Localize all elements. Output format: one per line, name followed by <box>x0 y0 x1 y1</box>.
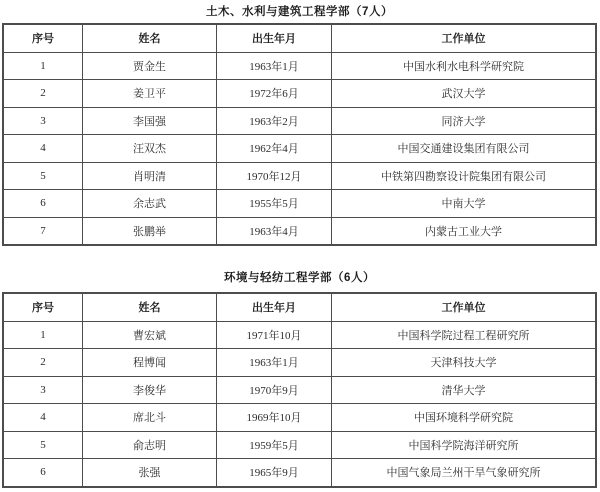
table-row: 5肖明清1970年12月中铁第四勘察设计院集团有限公司 <box>3 162 596 190</box>
work-unit-cell: 中国科学院海洋研究所 <box>332 431 597 459</box>
table-row: 1曹宏斌1971年10月中国科学院过程工程研究所 <box>3 321 596 349</box>
row-number-cell: 5 <box>3 431 83 459</box>
work-unit-cell: 中国水利水电科学研究院 <box>332 52 597 80</box>
table-section: 土木、水利与建筑工程学部（7人） 序号姓名出生年月工作单位 1贾金生1963年1… <box>2 0 597 246</box>
members-table: 序号姓名出生年月工作单位 1曹宏斌1971年10月中国科学院过程工程研究所2程博… <box>2 292 597 488</box>
row-number-cell: 2 <box>3 349 83 377</box>
column-header-1: 姓名 <box>83 24 217 52</box>
work-unit-cell: 中国环境科学研究院 <box>332 404 597 432</box>
birth-date-cell: 1965年9月 <box>217 459 332 487</box>
column-header-2: 出生年月 <box>217 24 332 52</box>
name-cell: 李国强 <box>83 107 217 135</box>
birth-date-cell: 1969年10月 <box>217 404 332 432</box>
table-row: 3李国强1963年2月同济大学 <box>3 107 596 135</box>
birth-date-cell: 1962年4月 <box>217 135 332 163</box>
birth-date-cell: 1963年1月 <box>217 52 332 80</box>
birth-date-cell: 1963年1月 <box>217 349 332 377</box>
table-row: 4汪双杰1962年4月中国交通建设集团有限公司 <box>3 135 596 163</box>
work-unit-cell: 清华大学 <box>332 376 597 404</box>
table-row: 5俞志明1959年5月中国科学院海洋研究所 <box>3 431 596 459</box>
table-section: 环境与轻纺工程学部（6人） 序号姓名出生年月工作单位 1曹宏斌1971年10月中… <box>2 246 597 488</box>
birth-date-cell: 1972年6月 <box>217 80 332 108</box>
name-cell: 余志武 <box>83 190 217 218</box>
work-unit-cell: 中国交通建设集团有限公司 <box>332 135 597 163</box>
work-unit-cell: 中南大学 <box>332 190 597 218</box>
row-number-cell: 1 <box>3 321 83 349</box>
section-title: 环境与轻纺工程学部（6人） <box>2 246 597 292</box>
section-title: 土木、水利与建筑工程学部（7人） <box>2 0 597 23</box>
work-unit-cell: 中国气象局兰州干旱气象研究所 <box>332 459 597 487</box>
table-row: 3李俊华1970年9月清华大学 <box>3 376 596 404</box>
sections-container: 土木、水利与建筑工程学部（7人） 序号姓名出生年月工作单位 1贾金生1963年1… <box>2 0 597 488</box>
row-number-cell: 2 <box>3 80 83 108</box>
row-number-cell: 6 <box>3 190 83 218</box>
birth-date-cell: 1971年10月 <box>217 321 332 349</box>
table-row: 1贾金生1963年1月中国水利水电科学研究院 <box>3 52 596 80</box>
table-row: 7张鹏举1963年4月内蒙古工业大学 <box>3 217 596 245</box>
column-header-3: 工作单位 <box>332 293 597 321</box>
birth-date-cell: 1959年5月 <box>217 431 332 459</box>
name-cell: 肖明清 <box>83 162 217 190</box>
row-number-cell: 4 <box>3 135 83 163</box>
table-row: 6张强1965年9月中国气象局兰州干旱气象研究所 <box>3 459 596 487</box>
name-cell: 俞志明 <box>83 431 217 459</box>
column-header-0: 序号 <box>3 24 83 52</box>
name-cell: 汪双杰 <box>83 135 217 163</box>
row-number-cell: 5 <box>3 162 83 190</box>
column-header-0: 序号 <box>3 293 83 321</box>
work-unit-cell: 内蒙古工业大学 <box>332 217 597 245</box>
table-row: 2姜卫平1972年6月武汉大学 <box>3 80 596 108</box>
birth-date-cell: 1955年5月 <box>217 190 332 218</box>
row-number-cell: 3 <box>3 107 83 135</box>
table-header-row: 序号姓名出生年月工作单位 <box>3 24 596 52</box>
row-number-cell: 1 <box>3 52 83 80</box>
work-unit-cell: 武汉大学 <box>332 80 597 108</box>
work-unit-cell: 中铁第四勘察设计院集团有限公司 <box>332 162 597 190</box>
row-number-cell: 7 <box>3 217 83 245</box>
name-cell: 贾金生 <box>83 52 217 80</box>
document-page: 土木、水利与建筑工程学部（7人） 序号姓名出生年月工作单位 1贾金生1963年1… <box>2 0 597 488</box>
table-header-row: 序号姓名出生年月工作单位 <box>3 293 596 321</box>
name-cell: 程博闻 <box>83 349 217 377</box>
row-number-cell: 3 <box>3 376 83 404</box>
birth-date-cell: 1963年2月 <box>217 107 332 135</box>
name-cell: 李俊华 <box>83 376 217 404</box>
birth-date-cell: 1970年9月 <box>217 376 332 404</box>
work-unit-cell: 天津科技大学 <box>332 349 597 377</box>
column-header-2: 出生年月 <box>217 293 332 321</box>
work-unit-cell: 中国科学院过程工程研究所 <box>332 321 597 349</box>
birth-date-cell: 1963年4月 <box>217 217 332 245</box>
members-table: 序号姓名出生年月工作单位 1贾金生1963年1月中国水利水电科学研究院2姜卫平1… <box>2 23 597 246</box>
row-number-cell: 4 <box>3 404 83 432</box>
table-row: 6余志武1955年5月中南大学 <box>3 190 596 218</box>
table-row: 4席北斗1969年10月中国环境科学研究院 <box>3 404 596 432</box>
row-number-cell: 6 <box>3 459 83 487</box>
column-header-3: 工作单位 <box>332 24 597 52</box>
birth-date-cell: 1970年12月 <box>217 162 332 190</box>
name-cell: 张强 <box>83 459 217 487</box>
name-cell: 席北斗 <box>83 404 217 432</box>
name-cell: 曹宏斌 <box>83 321 217 349</box>
table-row: 2程博闻1963年1月天津科技大学 <box>3 349 596 377</box>
name-cell: 张鹏举 <box>83 217 217 245</box>
column-header-1: 姓名 <box>83 293 217 321</box>
name-cell: 姜卫平 <box>83 80 217 108</box>
work-unit-cell: 同济大学 <box>332 107 597 135</box>
